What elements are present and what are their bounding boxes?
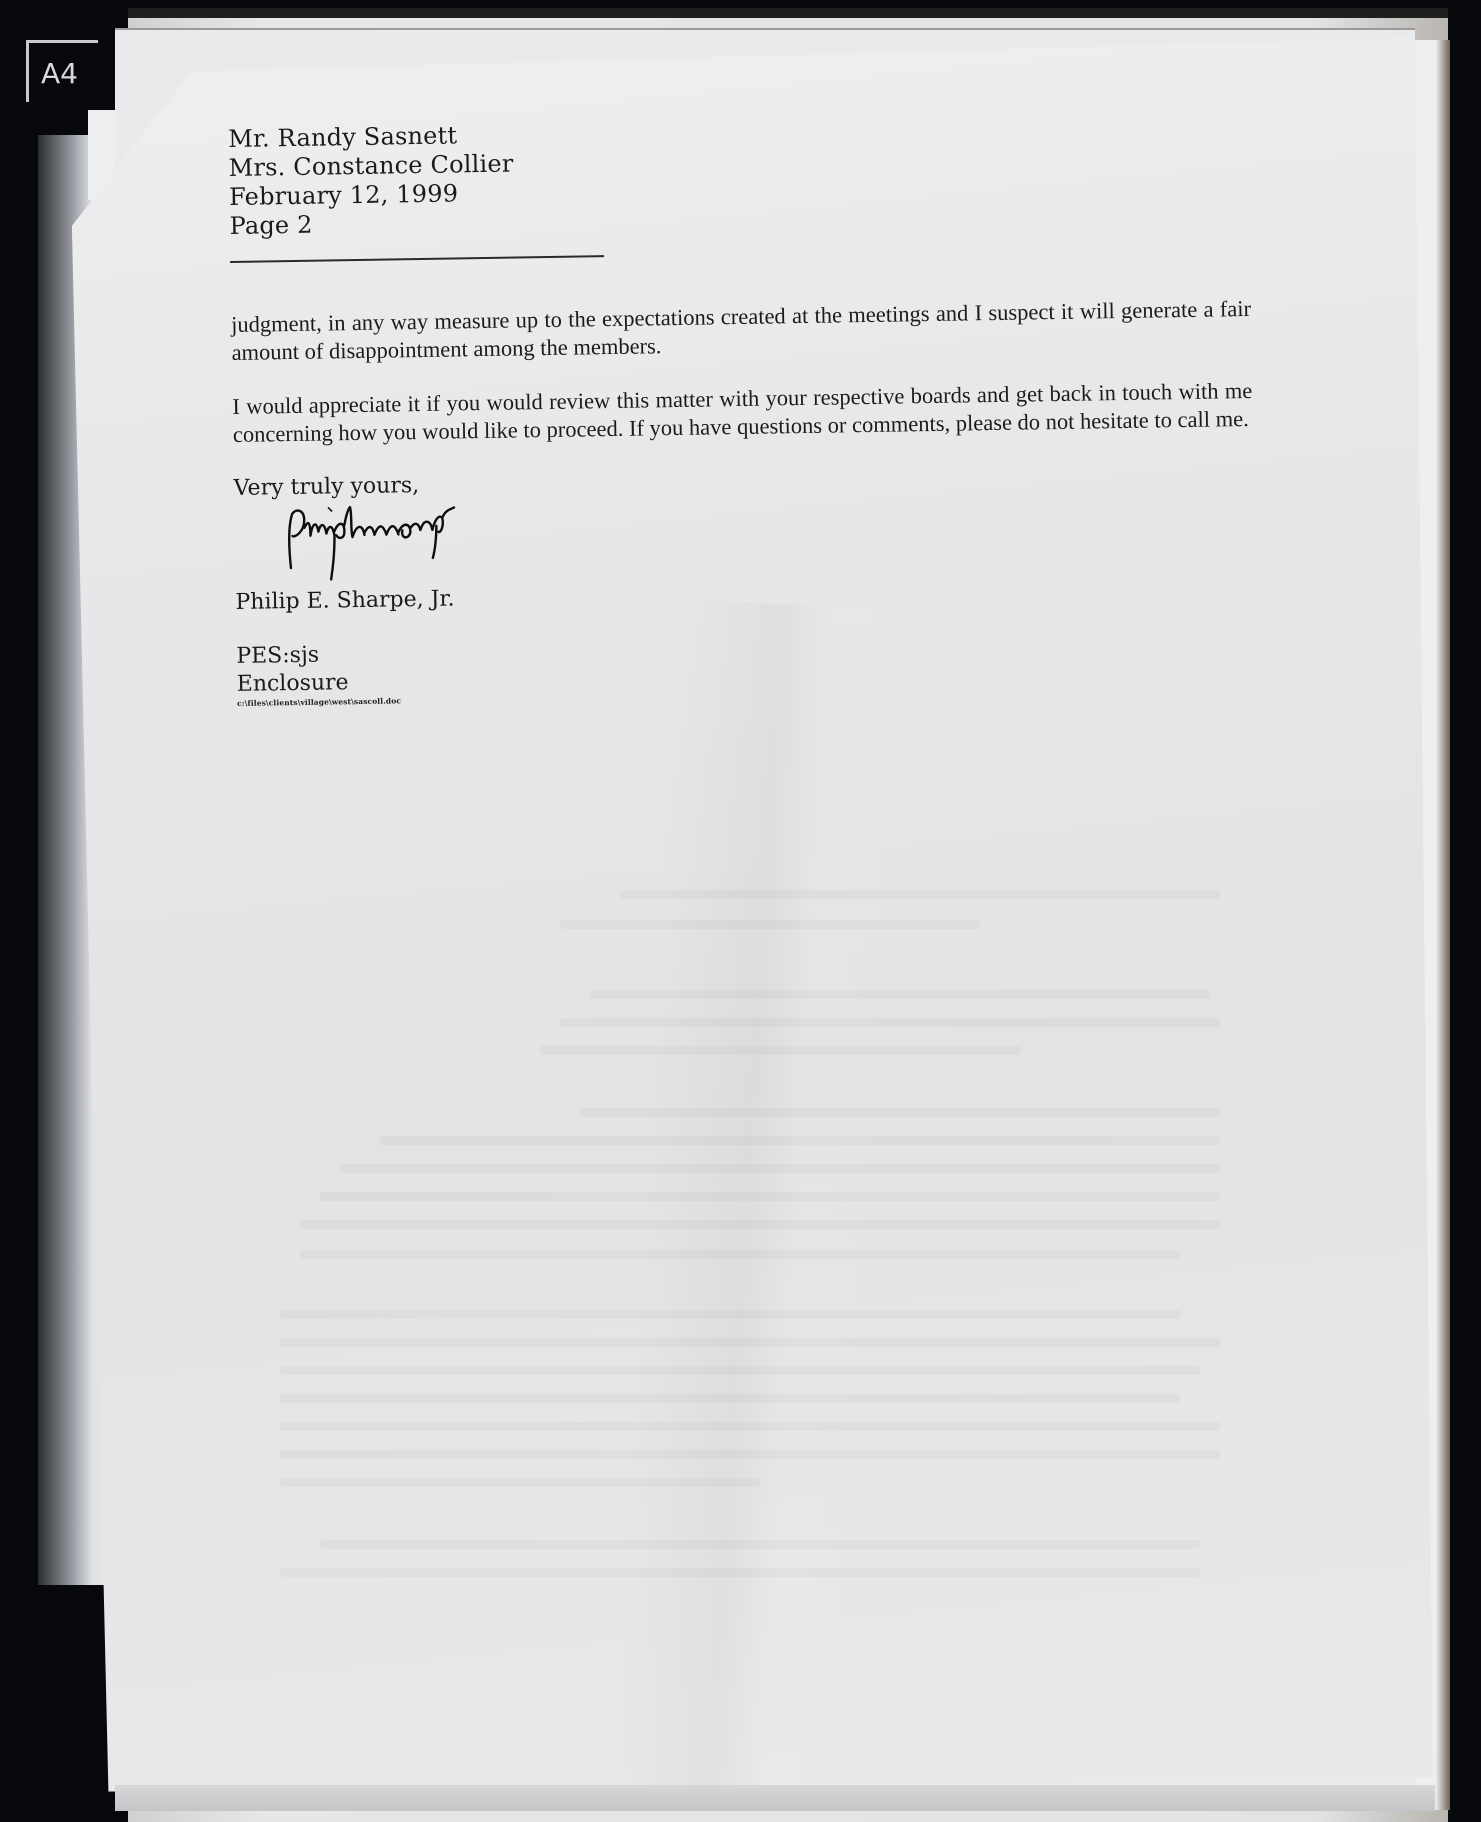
binder-tab-label: A4 — [26, 40, 98, 102]
paragraph-1: judgment, in any way measure up to the e… — [231, 295, 1252, 367]
sheet-bottom-edge — [115, 1785, 1435, 1811]
signature-icon — [282, 503, 463, 584]
paragraph-2: I would appreciate it if you would revie… — [232, 377, 1253, 449]
closing: Very truly yours, — [233, 459, 1273, 503]
header-divider — [230, 255, 604, 263]
letter-content: Mr. Randy Sasnett Mrs. Constance Collier… — [228, 109, 1277, 709]
photo-scene: A4 Mr. Randy Sasnett Mrs. Constance Coll… — [0, 0, 1481, 1822]
letter-body: judgment, in any way measure up to the e… — [231, 295, 1253, 449]
bleed-through-text — [260, 890, 1260, 1590]
letter-header: Mr. Randy Sasnett Mrs. Constance Collier… — [228, 109, 1270, 241]
